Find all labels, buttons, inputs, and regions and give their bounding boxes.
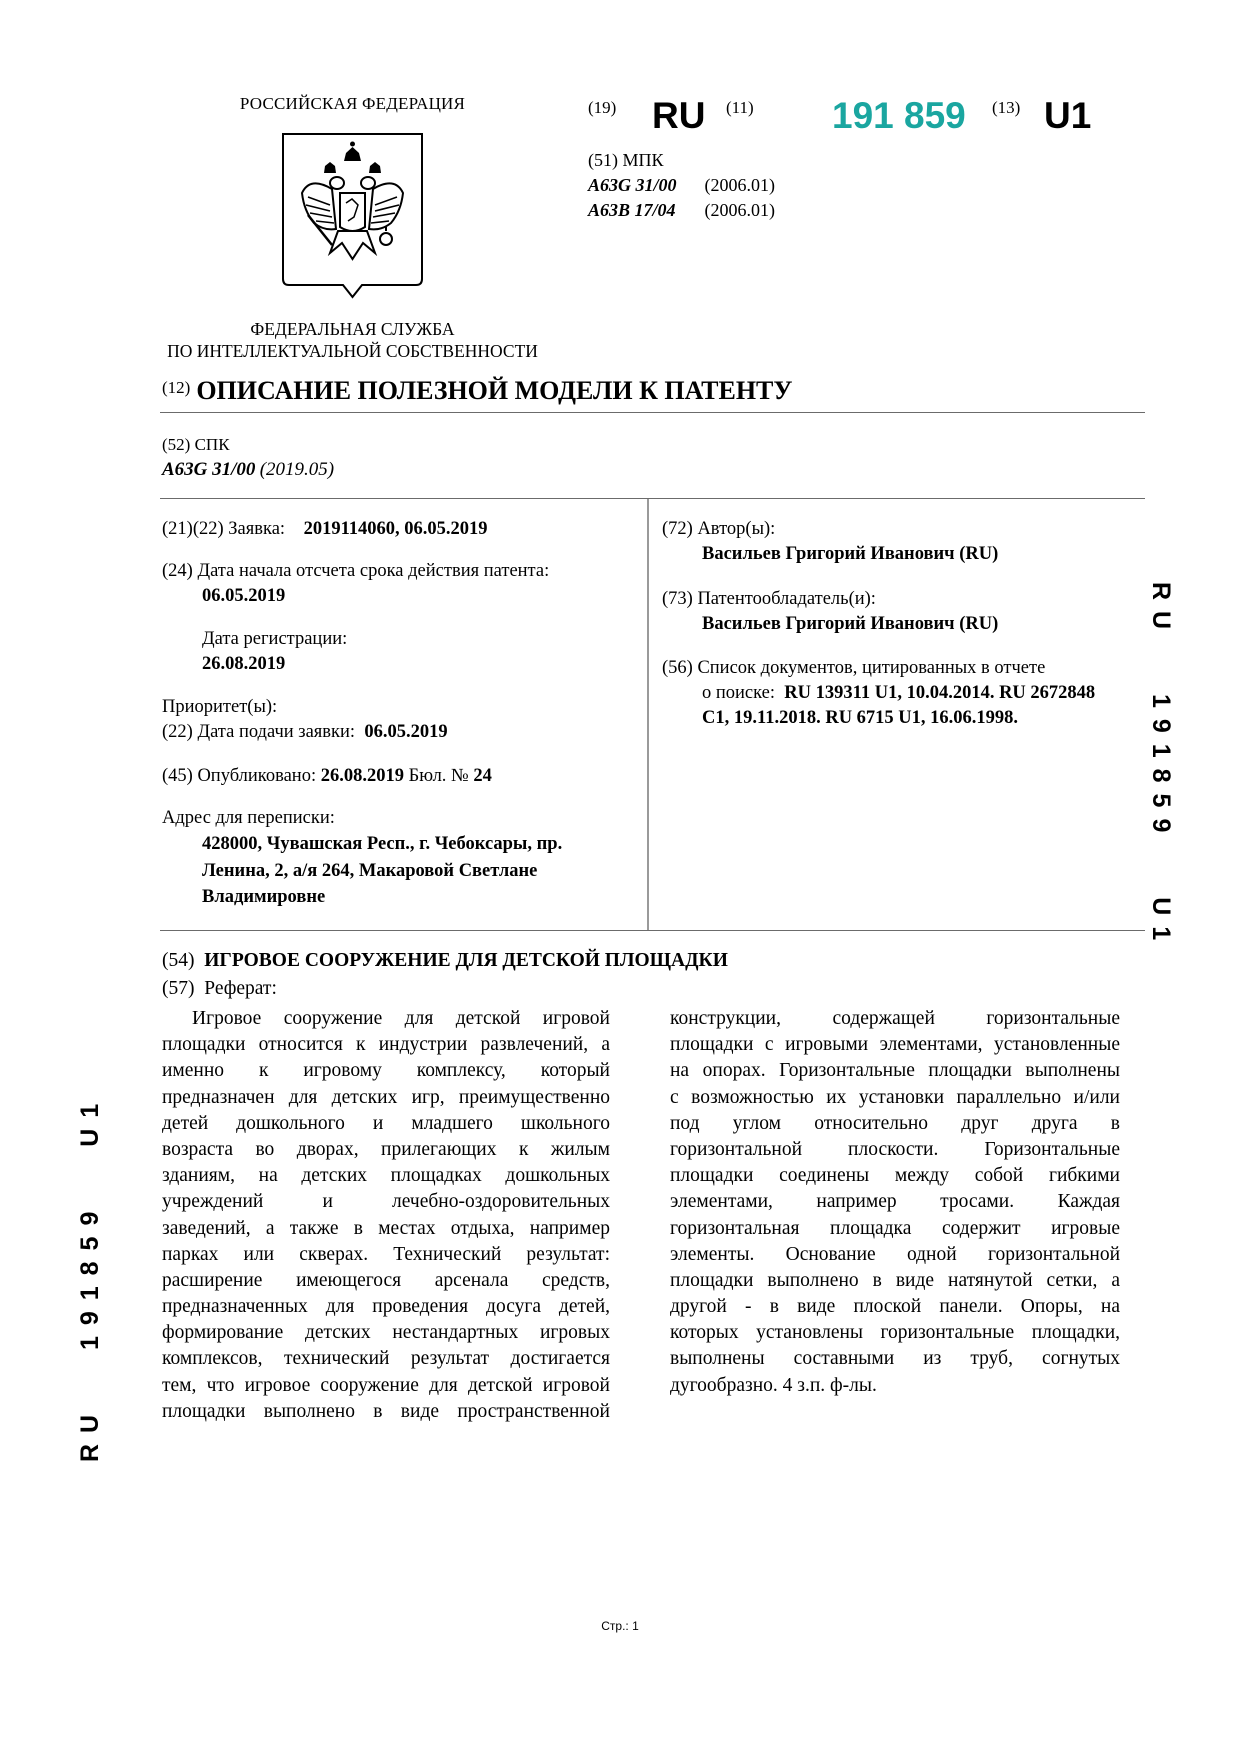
ipc-code: A63G 31/00 [588,173,700,198]
registration-value: 26.08.2019 [162,652,347,677]
agency-line-2: ПО ИНТЕЛЛЕКТУАЛЬНОЙ СОБСТВЕННОСТИ [120,340,585,362]
application-value: 2019114060, 06.05.2019 [304,519,488,539]
holders-label: (73) Патентообладатель(и): [662,587,998,612]
bulletin-value: 24 [473,766,492,786]
citations-label-2: о поиске: [702,683,775,703]
abstract-line: зданиям, на детских площадках дошкольных [162,1163,610,1189]
abstract-line: предназначен для детских игр, преимущест… [162,1085,610,1111]
agency-name: ФЕДЕРАЛЬНАЯ СЛУЖБА ПО ИНТЕЛЛЕКТУАЛЬНОЙ С… [120,318,585,362]
ipc-label: (51) МПК [588,148,775,173]
published-label: (45) Опубликовано: [162,766,316,786]
kind-code: U1 [1044,95,1091,137]
citations-line-1: RU 139311 U1, 10.04.2014. RU 2672848 [784,683,1095,703]
side-stamp-left: RU 191859 U1 [76,1093,105,1462]
ipc-version: (2006.01) [705,200,776,220]
citations-line-2: C1, 19.11.2018. RU 6715 U1, 16.06.1998. [662,706,1095,731]
inid-12: (12) [162,378,190,397]
ipc-row: A63B 17/04 (2006.01) [588,198,775,223]
abstract-line: заведений, а также в местах отдыха, напр… [162,1216,610,1242]
divider [160,930,1145,931]
holders-value: Васильев Григорий Иванович (RU) [662,612,998,637]
abstract-label: Реферат: [204,978,277,999]
abstract-line: которых установлены горизонтальные площа… [670,1320,1120,1346]
inid-13: (13) [992,98,1020,118]
side-stamp-right: RU 191859 U1 [1146,582,1175,951]
abstract-line: возраста во дворах, прилегающих к жилым [162,1137,610,1163]
abstract-line: расширение имеющегося арсенала средств, [162,1268,610,1294]
abstract-line: горизонтальной плоскости. Горизонтальные [670,1137,1120,1163]
priority-field: Приоритет(ы): (22) Дата подачи заявки: 0… [162,695,448,745]
country-code: RU [652,95,705,137]
abstract-line: именно к игровому комплексу, который [162,1058,610,1084]
abstract-heading: (57) Реферат: [162,978,277,1000]
address-line: Ленина, 2, а/я 264, Макаровой Светлане [162,858,562,885]
agency-line-1: ФЕДЕРАЛЬНАЯ СЛУЖБА [120,318,585,340]
abstract-line: комплексов, технический результат достиг… [162,1346,610,1372]
coat-of-arms-icon [280,131,425,303]
ipc-classification: (51) МПК A63G 31/00 (2006.01) A63B 17/04… [588,148,775,223]
abstract-line: площадки выполнено в виде натянутой сетк… [670,1268,1120,1294]
filing-date-value: 06.05.2019 [364,722,447,742]
abstract-line: детей дошкольного и младшего школьного [162,1111,610,1137]
inid-11: (11) [726,98,754,118]
abstract-line: под углом относительно друг друга в [670,1111,1120,1137]
citations-label: (56) Список документов, цитированных в о… [662,656,1095,681]
abstract-line: формирование детских нестандартных игров… [162,1320,610,1346]
page-number: Стр.: 1 [560,1619,680,1633]
cpc-code: A63G 31/00 [162,459,255,480]
abstract-line: площадки с игровыми элементами, установл… [670,1032,1120,1058]
abstract-line: площадки соединены между собой гибкими [670,1163,1120,1189]
abstract-line: площадки выполнено в виде пространственн… [162,1399,610,1425]
invention-title-text: ИГРОВОЕ СООРУЖЕНИЕ ДЛЯ ДЕТСКОЙ ПЛОЩАДКИ [204,950,728,971]
abstract-line: конструкции, содержащей горизонтальные [670,1006,1120,1032]
priority-label: Приоритет(ы): [162,695,448,720]
divider [160,412,1145,413]
inid-54: (54) [162,950,195,971]
authors-field: (72) Автор(ы): Васильев Григорий Иванови… [662,517,998,567]
application-label: (21)(22) Заявка: [162,519,285,539]
cpc-version: (2019.05) [260,459,334,480]
term-start-field: (24) Дата начала отсчета срока действия … [162,559,549,609]
abstract-line: на опорах. Горизонтальные площадки выпол… [670,1058,1120,1084]
ipc-version: (2006.01) [705,175,776,195]
abstract-column-right: конструкции, содержащей горизонтальныепл… [670,1006,1120,1399]
abstract-line: дугообразно. 4 з.п. ф-лы. [670,1373,1120,1399]
authors-value: Васильев Григорий Иванович (RU) [662,542,998,567]
address-label: Адрес для переписки: [162,806,562,831]
abstract-line: выполнены составными из труб, согнутых [670,1346,1120,1372]
abstract-line: Игровое сооружение для детской игровой [162,1006,610,1032]
abstract-line: учреждений и лечебно-оздоровительных [162,1189,610,1215]
country-name: РОССИЙСКАЯ ФЕДЕРАЦИЯ [150,94,555,114]
application-field: (21)(22) Заявка: 2019114060, 06.05.2019 [162,517,488,542]
term-start-value: 06.05.2019 [162,584,549,609]
abstract-line: площадки относится к индустрии развлечен… [162,1032,610,1058]
abstract-line: элементы. Основание одной горизонтальной [670,1242,1120,1268]
patent-number: 191 859 [832,95,966,137]
address-line: Владимировне [162,884,562,911]
abstract-line: парках или скверах. Технический результа… [162,1242,610,1268]
abstract-line: тем, что игровое сооружение для детской … [162,1373,610,1399]
authors-label: (72) Автор(ы): [662,517,998,542]
term-start-label: (24) Дата начала отсчета срока действия … [162,559,549,584]
ipc-row: A63G 31/00 (2006.01) [588,173,775,198]
abstract-column-left: Игровое сооружение для детской игровойпл… [162,1006,610,1425]
inid-19: (19) [588,98,616,118]
published-field: (45) Опубликовано: 26.08.2019 Бюл. № 24 [162,764,492,789]
address-line: 428000, Чувашская Респ., г. Чебоксары, п… [162,831,562,858]
bulletin-label: Бюл. № [409,766,469,786]
divider [160,498,1145,499]
abstract-line: предназначенных для проведения досуга де… [162,1294,610,1320]
inid-57: (57) [162,978,195,999]
address-field: Адрес для переписки: 428000, Чувашская Р… [162,806,562,911]
registration-field: Дата регистрации: 26.08.2019 [162,627,347,677]
document-title-text: ОПИСАНИЕ ПОЛЕЗНОЙ МОДЕЛИ К ПАТЕНТУ [196,376,792,405]
abstract-line: другой - в виде плоской панели. Опоры, н… [670,1294,1120,1320]
column-divider [647,499,649,930]
filing-date-label: (22) Дата подачи заявки: [162,722,355,742]
abstract-line: с возможностью их установки параллельно … [670,1085,1120,1111]
cpc-classification: (52) СПК A63G 31/00 (2019.05) [162,432,334,482]
published-value: 26.08.2019 [321,766,404,786]
document-title: (12)ОПИСАНИЕ ПОЛЕЗНОЙ МОДЕЛИ К ПАТЕНТУ [162,376,792,406]
abstract-line: элементами, например тросами. Каждая [670,1189,1120,1215]
holders-field: (73) Патентообладатель(и): Васильев Григ… [662,587,998,637]
invention-title: (54) ИГРОВОЕ СООРУЖЕНИЕ ДЛЯ ДЕТСКОЙ ПЛОЩ… [162,950,728,972]
registration-label: Дата регистрации: [162,627,347,652]
cpc-label: (52) СПК [162,432,334,457]
ipc-code: A63B 17/04 [588,198,700,223]
citations-field: (56) Список документов, цитированных в о… [662,656,1095,731]
abstract-line: горизонтальная площадка содержит игровые [670,1216,1120,1242]
